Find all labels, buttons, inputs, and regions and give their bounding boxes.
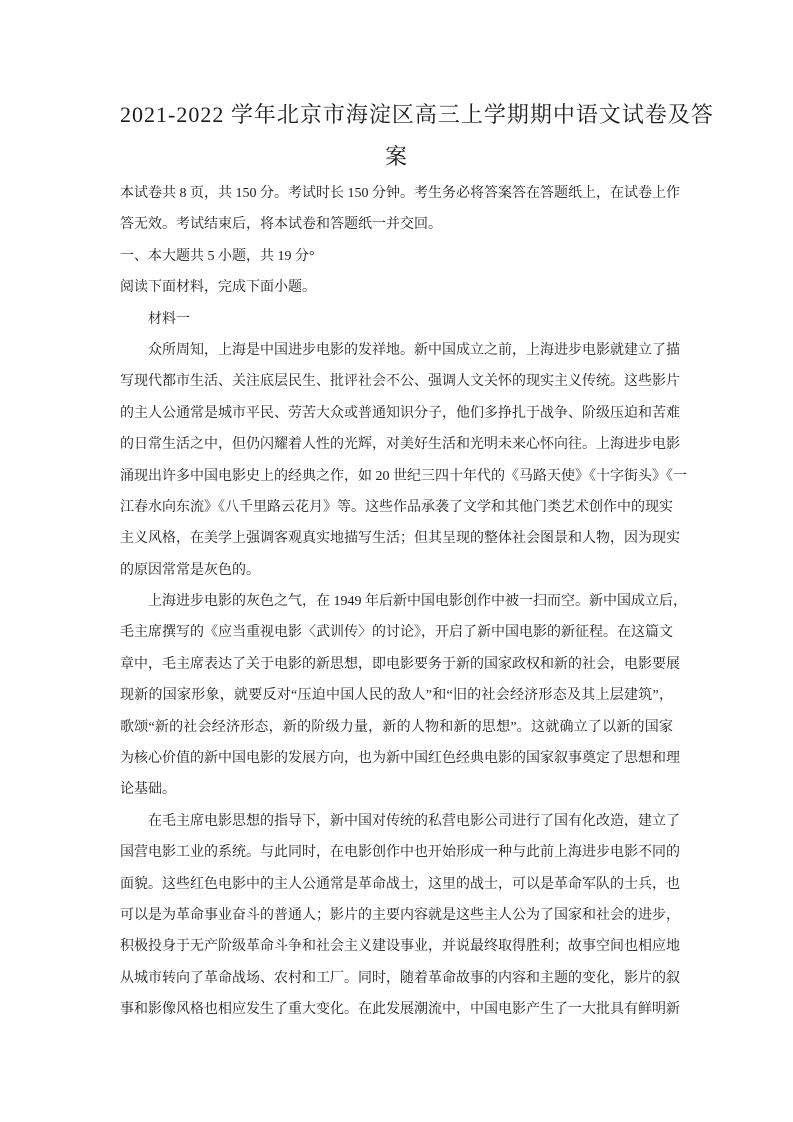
reading-prompt: 阅读下面材料，完成下面小题。 (120, 272, 673, 303)
document-title-line-2: 案 (120, 136, 673, 178)
exam-instructions-line: 答无效。考试结束后，将本试卷和答题纸一并交回。 (120, 209, 673, 240)
document-body: 本试卷共 8 页，共 150 分。考试时长 150 分钟。考生务必将答案答在答题… (120, 178, 673, 1026)
text-line: 国营电影工业的系统。与此同时，在电影创作中也开始形成一种与此前上海进步电影不同的 (120, 837, 673, 868)
document-page: 2021-2022 学年北京市海淀区高三上学期期中语文试卷及答 案 本试卷共 8… (0, 0, 793, 1122)
text-line: 章中，毛主席表达了关于电影的新思想，即电影要务于新的国家政权和新的社会，电影要展 (120, 649, 673, 680)
text-line: 歌颂“新的社会经济形态，新的阶级力量，新的人物和新的思想”。这就确立了以新的国家 (120, 712, 673, 743)
text-line: 论基础。 (120, 774, 673, 805)
text-line: 众所周知，上海是中国进步电影的发祥地。新中国成立之前，上海进步电影就建立了描 (120, 335, 673, 366)
material-label: 材料一 (120, 304, 673, 335)
text-line: 涌现出许多中国电影史上的经典之作，如 20 世纪三四十年代的《马路天使》《十字街… (120, 461, 673, 492)
text-line: 写现代都市生活、关注底层民生、批评社会不公、强调人文关怀的现实主义传统。这些影片 (120, 366, 673, 397)
text-line: 毛主席撰写的《应当重视电影〈武训传〉的讨论》，开启了新中国电影的新征程。在这篇文 (120, 617, 673, 648)
text-line: 可以是为革命事业奋斗的普通人；影片的主要内容就是这些主人公为了国家和社会的进步， (120, 900, 673, 931)
text-line: 在毛主席电影思想的指导下，新中国对传统的私营电影公司进行了国有化改造，建立了 (120, 806, 673, 837)
document-title-line-1: 2021-2022 学年北京市海淀区高三上学期期中语文试卷及答 (120, 94, 673, 136)
text-line: 从城市转向了革命战场、农村和工厂。同时，随着革命故事的内容和主题的变化，影片的叙 (120, 963, 673, 994)
text-line: 积极投身于无产阶级革命斗争和社会主义建设事业，并说最终取得胜利；故事空间也相应地 (120, 931, 673, 962)
text-line: 主义风格，在美学上强调客观真实地描写生活；但其呈现的整体社会图景和人物，因为现实 (120, 523, 673, 554)
section-heading: 一、本大题共 5 小题，共 19 分° (120, 241, 673, 272)
exam-instructions-line: 本试卷共 8 页，共 150 分。考试时长 150 分钟。考生务必将答案答在答题… (120, 178, 673, 209)
text-line: 的主人公通常是城市平民、劳苦大众或普通知识分子，他们多挣扎于战争、阶级压迫和苦难 (120, 398, 673, 429)
text-line: 面貌。这些红色电影中的主人公通常是革命战士，这里的战士，可以是革命军队的士兵，也 (120, 869, 673, 900)
text-line: 上海进步电影的灰色之气，在 1949 年后新中国电影创作中被一扫而空。新中国成立… (120, 586, 673, 617)
text-line: 为核心价值的新中国电影的发展方向，也为新中国红色经典电影的国家叙事奠定了思想和理 (120, 743, 673, 774)
text-line: 的日常生活之中，但仍闪耀着人性的光辉，对美好生活和光明未来心怀向往。上海进步电影 (120, 429, 673, 460)
text-line: 江春水向东流》《八千里路云花月》等。这些作品承袭了文学和其他门类艺术创作中的现实 (120, 492, 673, 523)
text-line: 事和影像风格也相应发生了重大变化。在此发展潮流中，中国电影产生了一大批具有鲜明新 (120, 994, 673, 1025)
text-line: 现新的国家形象，就要反对“压迫中国人民的敌人”和“旧的社会经济形态及其上层建筑”… (120, 680, 673, 711)
document-title: 2021-2022 学年北京市海淀区高三上学期期中语文试卷及答 案 (120, 94, 673, 178)
text-line: 的原因常常是灰色的。 (120, 555, 673, 586)
